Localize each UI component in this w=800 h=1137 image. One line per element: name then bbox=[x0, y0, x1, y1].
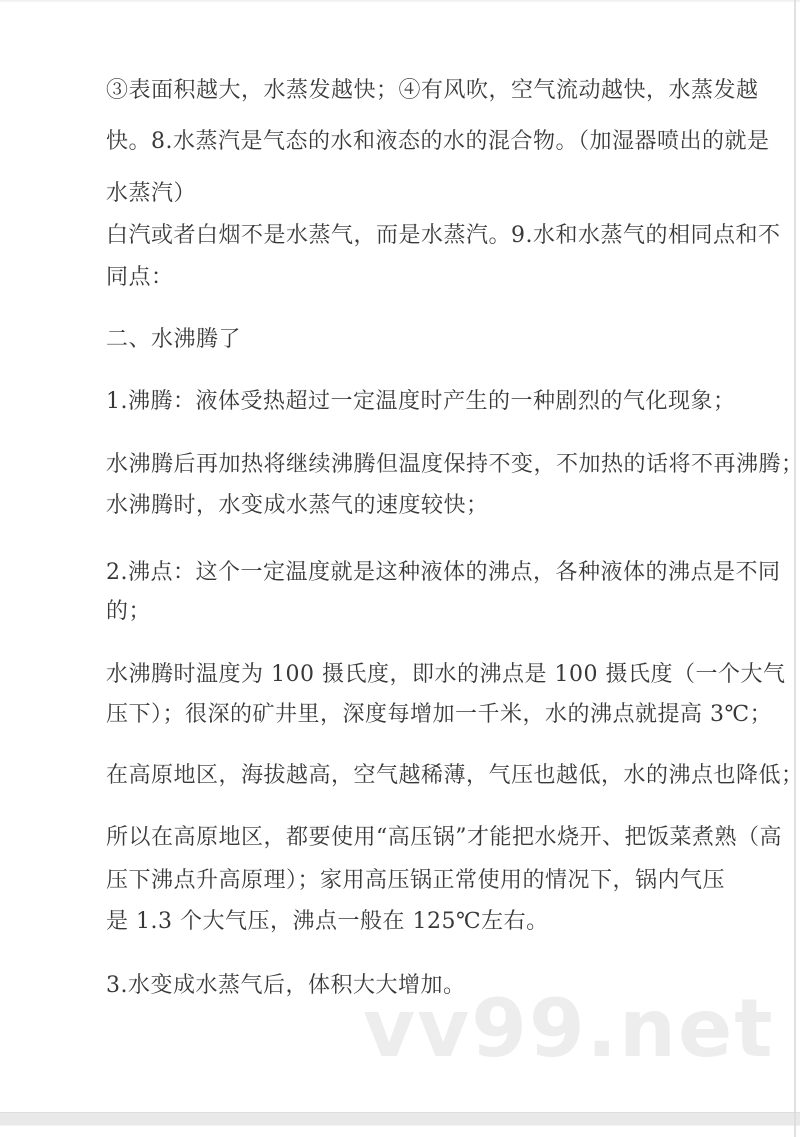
text-line: 同点： bbox=[106, 260, 174, 291]
text-line: 是 1.3 个大气压，沸点一般在 125℃左右。 bbox=[106, 904, 549, 935]
document-page: ③表面积越大，水蒸发越快；④有风吹，空气流动越快，水蒸发越 快。8.水蒸汽是气态… bbox=[0, 0, 800, 1137]
top-edge-shade bbox=[0, 0, 800, 3]
text-line: 2.沸点：这个一定温度就是这种液体的沸点，各种液体的沸点是不同 bbox=[106, 555, 781, 586]
text-line: 的； bbox=[106, 594, 151, 625]
text-line: 水沸腾后再加热将继续沸腾但温度保持不变，不加热的话将不再沸腾； bbox=[106, 447, 800, 478]
text-line: 快。8.水蒸汽是气态的水和液态的水的混合物。（加湿器喷出的就是 bbox=[106, 124, 770, 155]
text-line: 1.沸腾：液体受热超过一定温度时产生的一种剧烈的气化现象； bbox=[106, 384, 736, 415]
text-line: 在高原地区，海拔越高，空气越稀薄，气压也越低，水的沸点也降低； bbox=[106, 758, 800, 789]
text-line: 水蒸汽） bbox=[106, 176, 196, 207]
text-line: ③表面积越大，水蒸发越快；④有风吹，空气流动越快，水蒸发越 bbox=[106, 73, 759, 104]
section-heading: 二、水沸腾了 bbox=[106, 322, 241, 353]
watermark: vv99.net bbox=[363, 982, 774, 1075]
text-line: 所以在高原地区，都要使用“高压锅”才能把水烧开、把饭菜煮熟（高 bbox=[106, 820, 782, 851]
text-line: 水沸腾时温度为 100 摄氏度，即水的沸点是 100 摄氏度（一个大气 bbox=[106, 657, 785, 688]
text-line: 压下沸点升高原理）；家用高压锅正常使用的情况下，锅内气压 bbox=[106, 863, 725, 894]
text-line: 白汽或者白烟不是水蒸气，而是水蒸汽。9.水和水蒸气的相同点和不 bbox=[106, 218, 781, 249]
page-right-edge-line bbox=[794, 0, 796, 1137]
text-line: 压下）；很深的矿井里，深度每增加一千米，水的沸点就提高 3℃； bbox=[106, 697, 772, 728]
text-line: 水沸腾时，水变成水蒸气的速度较快； bbox=[106, 488, 489, 519]
page-break-divider bbox=[0, 1112, 800, 1126]
